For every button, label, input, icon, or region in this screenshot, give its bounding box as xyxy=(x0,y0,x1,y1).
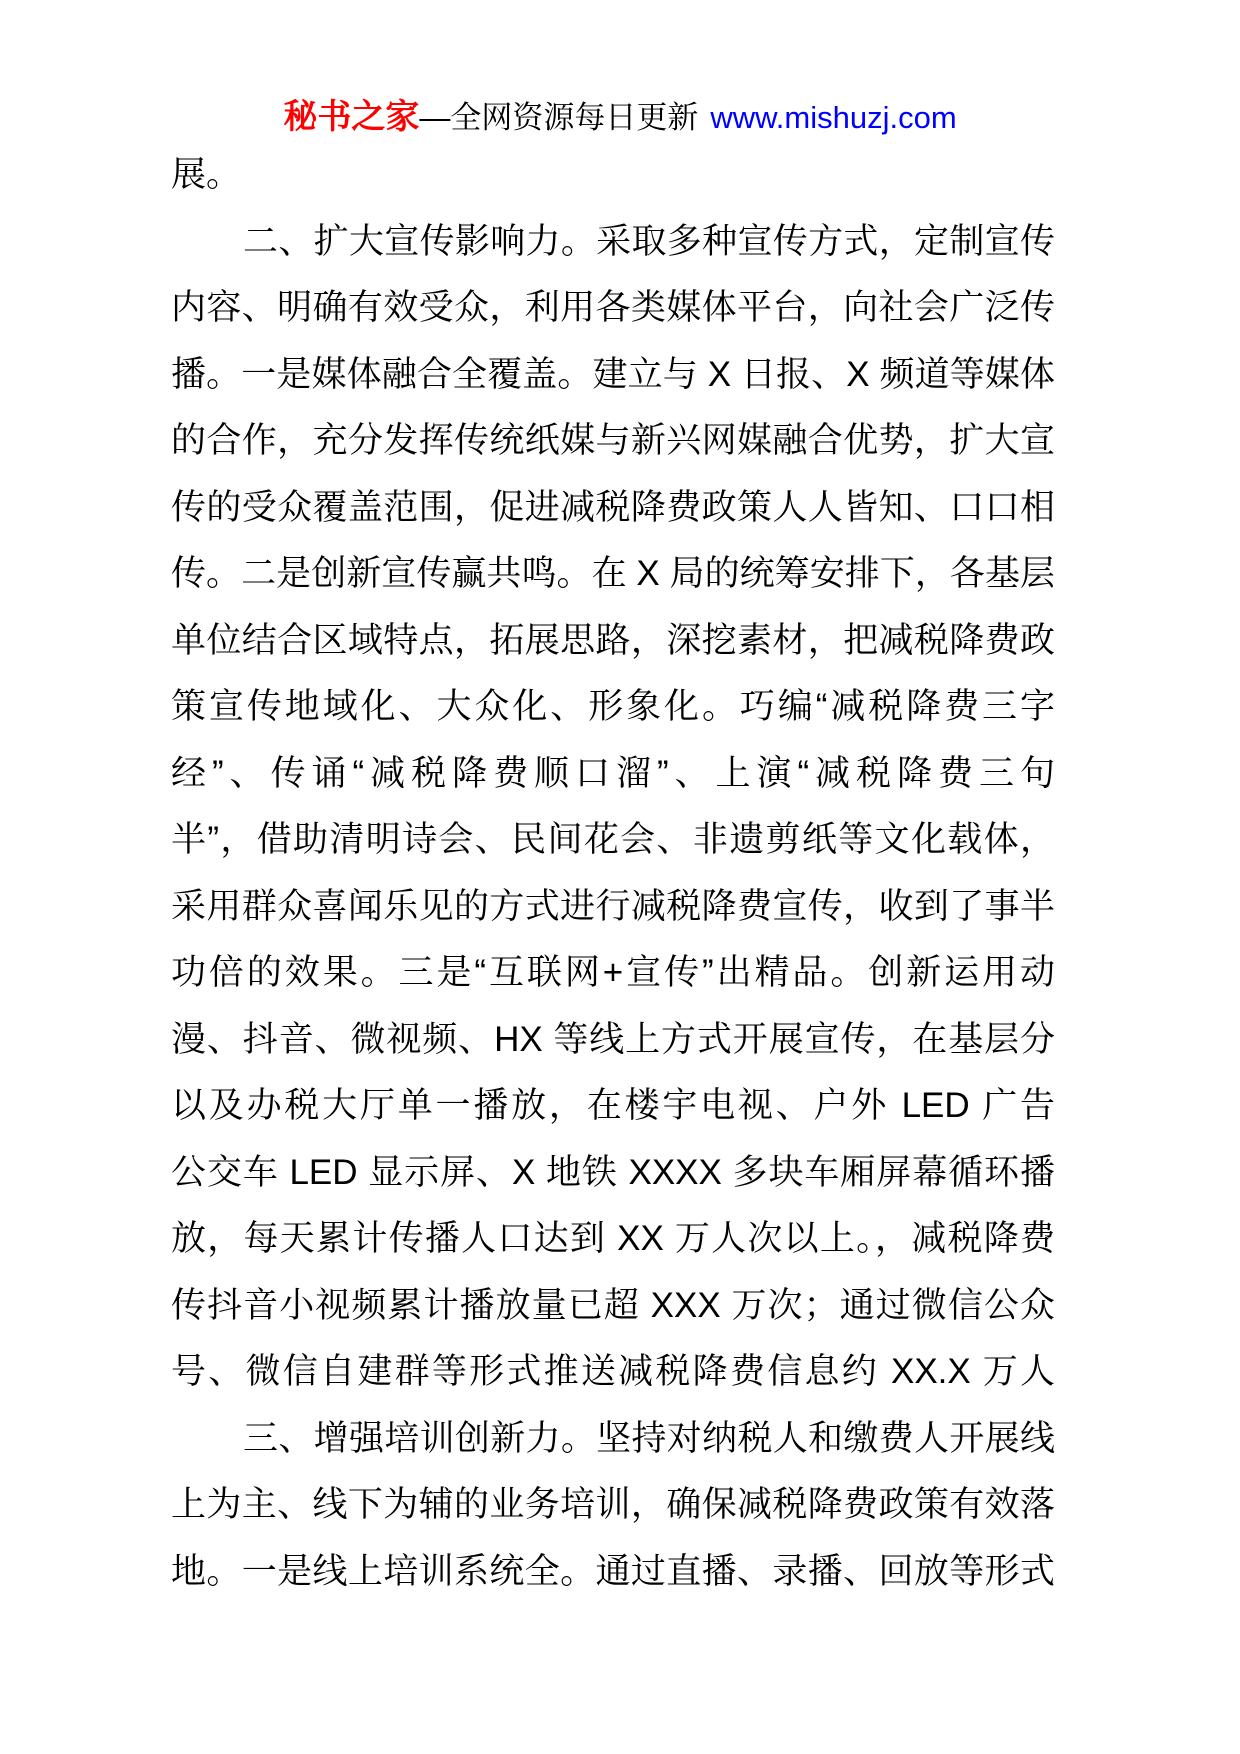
text-line: 采用群众喜闻乐见的方式进行减税降费宣传，收到了事半 xyxy=(171,874,1055,941)
text-line: 单位结合区域特点，拓展思路，深挖素材，把减税降费政 xyxy=(171,608,1055,675)
text-line: 经”、传诵“减税降费顺口溜”、上演“减税降费三句 xyxy=(171,741,1055,808)
text-line: 漫、抖音、微视频、HX 等线上方式开展宣传，在基层分局 xyxy=(171,1007,1055,1074)
site-url-link[interactable]: www.mishuzj.com xyxy=(710,100,956,135)
text-line: 号、微信自建群等形式推送减税降费信息约 XX.X 万人次。 xyxy=(171,1339,1055,1406)
paragraph-continuation: 展。 xyxy=(171,142,1055,209)
header-dash: — xyxy=(419,100,450,135)
text-line: 传抖音小视频累计播放量已超 XXX 万次；通过微信公众 xyxy=(171,1273,1055,1340)
text-line: 内容、明确有效受众，利用各类媒体平台，向社会广泛传 xyxy=(171,275,1055,342)
document-body: 展。 二、扩大宣传影响力。采取多种宣传方式，定制宣传 内容、明确有效受众，利用各… xyxy=(171,142,1055,1605)
text-line: 半”，借助清明诗会、民间花会、非遗剪纸等文化载体， xyxy=(171,807,1055,874)
text-line: 二、扩大宣传影响力。采取多种宣传方式，定制宣传 xyxy=(171,209,1055,276)
text-line: 以及办税大厅单一播放，在楼宇电视、户外 LED 广告屏、 xyxy=(171,1073,1055,1140)
text-line: 策宣传地域化、大众化、形象化。巧编“减税降费三字 xyxy=(171,674,1055,741)
site-logo-text: 秘书之家 xyxy=(283,98,419,136)
text-line: 放，每天累计传播人口达到 XX 万人次以上。，减税降费宣 xyxy=(171,1206,1055,1273)
text-line: 传的受众覆盖范围，促进减税降费政策人人皆知、口口相 xyxy=(171,475,1055,542)
text-line: 上为主、线下为辅的业务培训，确保减税降费政策有效落 xyxy=(171,1472,1055,1539)
text-line: 三、增强培训创新力。坚持对纳税人和缴费人开展线 xyxy=(171,1406,1055,1473)
paragraph-section-three: 三、增强培训创新力。坚持对纳税人和缴费人开展线 上为主、线下为辅的业务培训，确保… xyxy=(171,1406,1055,1606)
document-page: 秘书之家—全网资源每日更新www.mishuzj.com 展。 二、扩大宣传影响… xyxy=(0,0,1240,1754)
header-tagline: 全网资源每日更新 xyxy=(450,100,698,135)
text-line: 播。一是媒体融合全覆盖。建立与 X 日报、X 频道等媒体 xyxy=(171,342,1055,409)
paragraph-section-two: 二、扩大宣传影响力。采取多种宣传方式，定制宣传 内容、明确有效受众，利用各类媒体… xyxy=(171,209,1055,1406)
text-line: 传。二是创新宣传赢共鸣。在 X 局的统筹安排下，各基层 xyxy=(171,541,1055,608)
text-line: 地。一是线上培训系统全。通过直播、录播、回放等形式 xyxy=(171,1539,1055,1606)
text-line: 功倍的效果。三是“互联网+宣传”出精品。创新运用动 xyxy=(171,940,1055,1007)
text-line: 的合作，充分发挥传统纸媒与新兴网媒融合优势，扩大宣 xyxy=(171,408,1055,475)
text-line: 展。 xyxy=(171,142,1055,209)
text-line: 公交车 LED 显示屏、X 地铁 XXXX 多块车厢屏幕循环播 xyxy=(171,1140,1055,1207)
page-header: 秘书之家—全网资源每日更新www.mishuzj.com xyxy=(0,96,1240,139)
